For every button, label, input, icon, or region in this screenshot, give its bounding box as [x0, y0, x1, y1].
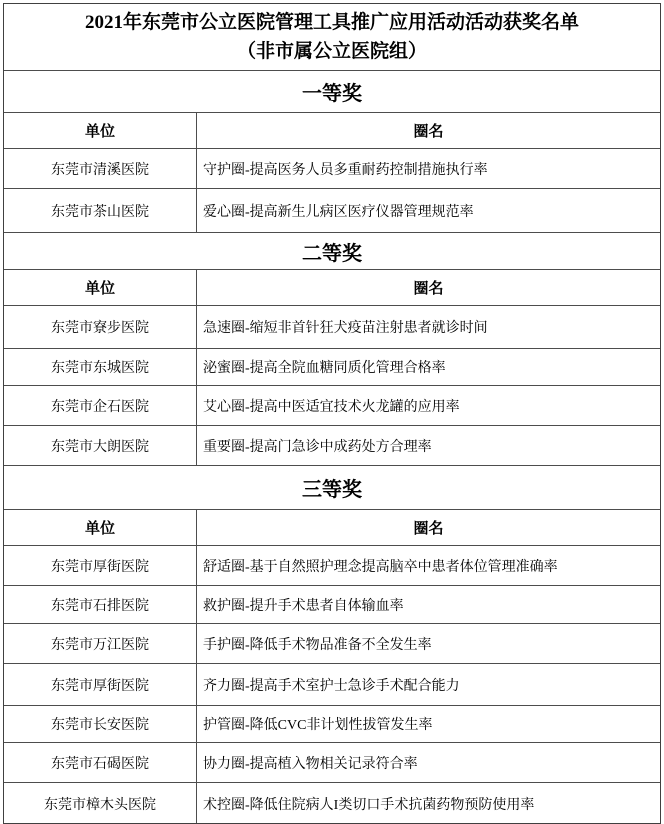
circle-cell: 术控圈-降低住院病人I类切口手术抗菌药物预防使用率 [197, 783, 660, 824]
circle-cell: 救护圈-提升手术患者自体输血率 [197, 586, 660, 623]
circle-cell: 协力圈-提高植入物相关记录符合率 [197, 743, 660, 782]
table-row: 东莞市万江医院 手护圈-降低手术物品准备不全发生率 [4, 623, 660, 663]
unit-cell: 东莞市石排医院 [4, 586, 197, 623]
column-header-unit: 单位 [4, 113, 197, 148]
unit-cell: 东莞市长安医院 [4, 706, 197, 742]
column-header-unit: 单位 [4, 270, 197, 305]
table-row: 东莞市石碣医院 协力圈-提高植入物相关记录符合率 [4, 742, 660, 782]
section-header-first-prize: 一等奖 [4, 70, 660, 112]
unit-cell: 东莞市万江医院 [4, 624, 197, 663]
section-header-second-prize: 二等奖 [4, 232, 660, 269]
unit-cell: 东莞市石碣医院 [4, 743, 197, 782]
circle-cell: 爱心圈-提高新生儿病区医疗仪器管理规范率 [197, 189, 660, 232]
column-header-circle: 圈名 [197, 510, 660, 545]
table-row: 东莞市清溪医院 守护圈-提高医务人员多重耐药控制措施执行率 [4, 148, 660, 188]
circle-cell: 重要圈-提高门急诊中成药处方合理率 [197, 426, 660, 465]
column-header-row: 单位 圈名 [4, 269, 660, 305]
column-header-unit: 单位 [4, 510, 197, 545]
table-row: 东莞市寮步医院 急速圈-缩短非首针狂犬疫苗注射患者就诊时间 [4, 305, 660, 348]
circle-cell: 泌蜜圈-提高全院血糖同质化管理合格率 [197, 349, 660, 385]
circle-cell: 齐力圈-提高手术室护士急诊手术配合能力 [197, 664, 660, 705]
unit-cell: 东莞市厚街医院 [4, 664, 197, 705]
table-row: 东莞市樟木头医院 术控圈-降低住院病人I类切口手术抗菌药物预防使用率 [4, 782, 660, 824]
circle-cell: 手护圈-降低手术物品准备不全发生率 [197, 624, 660, 663]
unit-cell: 东莞市东城医院 [4, 349, 197, 385]
circle-cell: 护管圈-降低CVC非计划性拔管发生率 [197, 706, 660, 742]
column-header-row: 单位 圈名 [4, 509, 660, 545]
column-header-circle: 圈名 [197, 113, 660, 148]
circle-cell: 艾心圈-提高中医适宜技术火龙罐的应用率 [197, 386, 660, 425]
unit-cell: 东莞市厚街医院 [4, 546, 197, 585]
unit-cell: 东莞市寮步医院 [4, 306, 197, 348]
unit-cell: 东莞市大朗医院 [4, 426, 197, 465]
column-header-row: 单位 圈名 [4, 112, 660, 148]
table-row: 东莞市厚街医院 舒适圈-基于自然照护理念提高脑卒中患者体位管理准确率 [4, 545, 660, 585]
table-row: 东莞市企石医院 艾心圈-提高中医适宜技术火龙罐的应用率 [4, 385, 660, 425]
unit-cell: 东莞市企石医院 [4, 386, 197, 425]
unit-cell: 东莞市樟木头医院 [4, 783, 197, 824]
table-row: 东莞市长安医院 护管圈-降低CVC非计划性拔管发生率 [4, 705, 660, 742]
unit-cell: 东莞市清溪医院 [4, 149, 197, 188]
circle-cell: 守护圈-提高医务人员多重耐药控制措施执行率 [197, 149, 660, 188]
column-header-circle: 圈名 [197, 270, 660, 305]
table-row: 东莞市东城医院 泌蜜圈-提高全院血糖同质化管理合格率 [4, 348, 660, 385]
section-header-third-prize: 三等奖 [4, 465, 660, 509]
table-row: 东莞市厚街医院 齐力圈-提高手术室护士急诊手术配合能力 [4, 663, 660, 705]
document-title-line1: 2021年东莞市公立医院管理工具推广应用活动活动获奖名单 [85, 8, 579, 37]
document-title: 2021年东莞市公立医院管理工具推广应用活动活动获奖名单 （非市属公立医院组） [4, 4, 660, 70]
document-title-line2: （非市属公立医院组） [237, 37, 427, 66]
table-row: 东莞市大朗医院 重要圈-提高门急诊中成药处方合理率 [4, 425, 660, 465]
circle-cell: 舒适圈-基于自然照护理念提高脑卒中患者体位管理准确率 [197, 546, 660, 585]
table-row: 东莞市茶山医院 爱心圈-提高新生儿病区医疗仪器管理规范率 [4, 188, 660, 232]
table-row: 东莞市石排医院 救护圈-提升手术患者自体输血率 [4, 585, 660, 623]
unit-cell: 东莞市茶山医院 [4, 189, 197, 232]
circle-cell: 急速圈-缩短非首针狂犬疫苗注射患者就诊时间 [197, 306, 660, 348]
awards-table: 2021年东莞市公立医院管理工具推广应用活动活动获奖名单 （非市属公立医院组） … [3, 3, 661, 824]
